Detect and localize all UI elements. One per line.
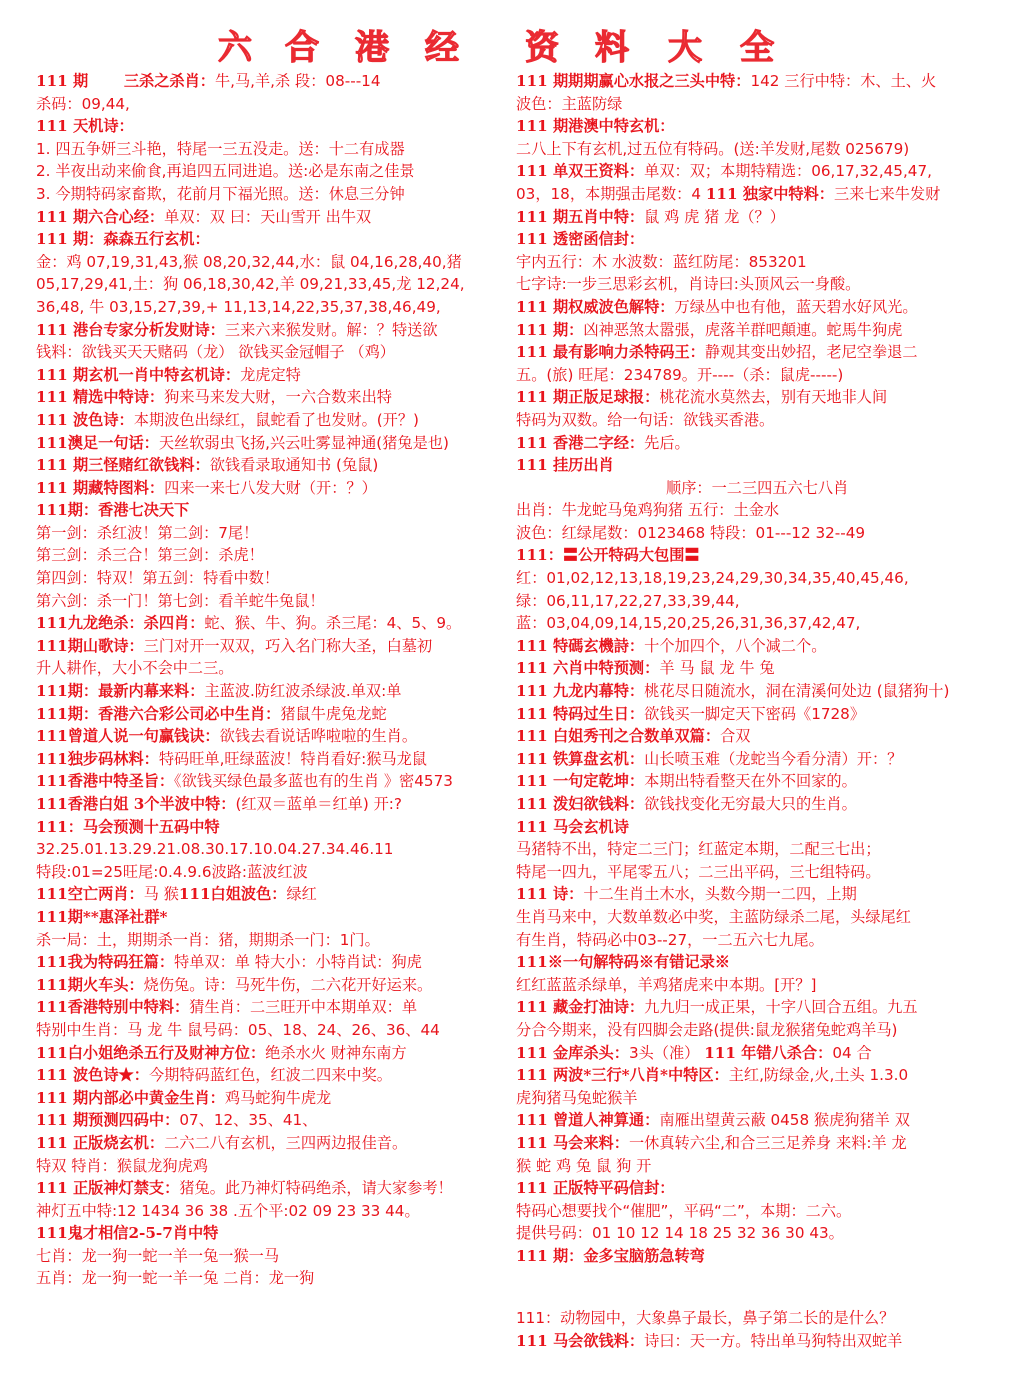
text-line: 111我为特码狂篇：特单双：单 特大小：小特肖试：狗虎 (36, 951, 511, 974)
text-line: 111 马会玄机诗 (516, 816, 1006, 839)
line-content: 特双 特肖：猴鼠龙狗虎鸡 (36, 1157, 208, 1175)
line-heading: 111 特码过生日： (516, 705, 644, 723)
line-heading: 111香港中特圣旨： (36, 772, 174, 790)
text-line: 绿：06,11,17,22,27,33,39,44, (516, 590, 1006, 613)
line-content: 虎狗猪马兔蛇猴羊 (516, 1089, 638, 1107)
left-column: 111 期 三杀之杀肖：牛,马,羊,杀 段：08---14杀码：09,44,11… (36, 70, 511, 1290)
text-line: 特尾一四九，平尾零五八；二三出平码，三七组特码。 (516, 861, 1006, 884)
line-content: 桃花流水莫然去，别有天地非人间 (659, 388, 887, 406)
line-content: 欲钱看录取通知书 (兔鼠) (210, 456, 379, 474)
title-char: 全 (740, 28, 774, 68)
text-line: 五。(旅) 旺尾：234789。开----（杀：鼠虎-----) (516, 364, 1006, 387)
text-line: 111曾道人说一句赢钱诀：欲钱去看说话哗啦啦的生肖。 (36, 725, 511, 748)
text-line: 111鬼才相信2-5-7肖中特 (36, 1222, 511, 1245)
line-content: 欲钱去看说话哗啦啦的生肖。 (220, 727, 417, 745)
line-content: 天丝软弱虫飞扬,兴云吐雾显神通(猪兔是也) (159, 434, 449, 452)
line-content: 03，18，本期强击尾数：4 (516, 185, 706, 203)
text-line: 第四剑：特双！第五剑：特看中数！ (36, 567, 511, 590)
line-content: 龙虎定特 (240, 366, 301, 384)
text-line: 111 正版特平码信封： (516, 1177, 1006, 1200)
line-heading: 111鬼才相信2-5-7肖中特 (36, 1224, 218, 1242)
line-heading: 111 曾道人神算通： (516, 1111, 659, 1129)
line-content: 牛,马,羊,杀 段：08---14 (215, 72, 381, 90)
line-heading: 111 泼妇欲钱料： (516, 795, 644, 813)
text-line: 杀一局：土，期期杀一肖：猪，期期杀一门：1门。 (36, 929, 511, 952)
line-heading: 111 马会来料： (516, 1134, 629, 1152)
text-line: 111 正版烧玄机：二六二八有玄机，三四两边报佳音。 (36, 1132, 511, 1155)
text-line: 111 正版神灯禁支：猪兔。此乃神灯特码绝杀，请大家参考！ (36, 1177, 511, 1200)
line-heading: 111 六肖中特预测： (516, 659, 659, 677)
line-content: 特单双：单 特大小：小特肖试：狗虎 (174, 953, 422, 971)
line-content: 蓝：03,04,09,14,15,20,25,26,31,36,37,42,47… (516, 614, 860, 632)
right-column: 111 期期期赢心水报之三头中特：142 三行中特：木、土、火波色：主蓝防绿11… (516, 70, 1006, 1353)
line-content: 主红,防绿金,火,土头 1.3.0 (729, 1066, 908, 1084)
text-line: 111 期：森森五行玄机： (36, 228, 511, 251)
line-content: 鼠 鸡 虎 猪 龙（？） (644, 208, 785, 226)
line-content: 二六二八有玄机，三四两边报佳音。 (164, 1134, 407, 1152)
line-content: 红红蓝蓝杀绿单，羊鸡猪虎来中本期。[开？] (516, 976, 816, 994)
line-heading: 111 金库杀头： (516, 1044, 629, 1062)
line-content: 波色：红绿尾数：0123468 特段：01---12 32--49 (516, 524, 865, 542)
line-content: 三来七来牛发财 (834, 185, 940, 203)
line-content: 特码为双数。给一句话：欲钱买香港。 (516, 411, 774, 429)
line-content: 五。(旅) 旺尾：234789。开----（杀：鼠虎-----) (516, 366, 843, 384)
line-heading: 111 期预测四码中： (36, 1111, 179, 1129)
text-line: 111期：最新内幕来料：主蓝波.防红波杀绿波.单双:单 (36, 680, 511, 703)
line-heading: 111 期五肖中特： (516, 208, 644, 226)
text-line: 五肖：龙一狗一蛇一羊一兔 二肖：龙一狗 (36, 1267, 511, 1290)
line-content: 05,17,29,41,土：狗 06,18,30,42,羊 09,21,33,4… (36, 275, 465, 293)
line-content: 蛇、猴、牛、狗。杀三尾：4、5、9。 (204, 614, 461, 632)
line-content: 今期特码蓝红色，红波二四来中奖。 (149, 1066, 392, 1084)
text-line: 111 马会欲钱料：诗曰：天一方。特出单马狗特出双蛇羊 (516, 1330, 1006, 1353)
line-heading: 111期火车头： (36, 976, 144, 994)
line-heading: 111空亡两肖： (36, 885, 144, 903)
line-heading: 111 透密函信封： (516, 230, 644, 248)
line-content: 有生肖，特码必中03--27，一二五六七九尾。 (516, 931, 824, 949)
line-content: 第四剑：特双！第五剑：特看中数！ (36, 569, 279, 587)
line-content: 三来六来猴发财。解：？特送欲 (225, 321, 438, 339)
text-line: 111 期三怪赌红欲钱料：欲钱看录取通知书 (兔鼠) (36, 454, 511, 477)
text-line: 111期山歌诗：三门对开一双双，巧入名门称大圣，白墓初 (36, 635, 511, 658)
line-content: 欲钱找变化无穷最大只的生肖。 (644, 795, 857, 813)
text-line: 111 六肖中特预测：羊 马 鼠 龙 牛 兔 (516, 657, 1006, 680)
line-heading: 111期：香港七决天下 (36, 501, 189, 519)
text-line: 3. 今期特码家畜欺，花前月下福光照。送：休息三分钟 (36, 183, 511, 206)
line-content: 宇内五行：木 水波数：蓝红防尾：853201 (516, 253, 807, 271)
text-line: 钱料：欲钱买天天赌码（龙） 欲钱买金冠帽子 （鸡） (36, 341, 511, 364)
text-line: 111：马会预测十五码中特 (36, 816, 511, 839)
page-title: 六 合 港 经 资 料 大 全 (0, 28, 1020, 68)
line-heading: 111九龙绝杀：杀四肖： (36, 614, 204, 632)
text-line: 111：动物园中，大象鼻子最长，鼻子第二长的是什么？ (516, 1307, 1006, 1330)
text-line: 宇内五行：木 水波数：蓝红防尾：853201 (516, 251, 1006, 274)
line-content: 桃花尽日随流水，洞在清溪何处边 (鼠猪狗十) (644, 682, 949, 700)
line-heading: 111 藏金打油诗： (516, 998, 644, 1016)
text-line: 111 九龙内幕特：桃花尽日随流水，洞在清溪何处边 (鼠猪狗十) (516, 680, 1006, 703)
text-line: 出肖：牛龙蛇马兔鸡狗猪 五行：土金水 (516, 499, 1006, 522)
line-content: 鸡马蛇狗牛虎龙 (225, 1089, 331, 1107)
line-heading: 111 两波*三行*八肖*中特区： (516, 1066, 729, 1084)
line-content: 马 猴 (144, 885, 179, 903)
text-line: 111 期玄机一肖中特玄机诗：龙虎定特 (36, 364, 511, 387)
line-content: 七肖：龙一狗一蛇一羊一兔一猴一马 (36, 1247, 279, 1265)
text-line: 111期火车头：烧伤兔。诗：马死牛伤，二六花开好运来。 (36, 974, 511, 997)
text-line: 分合今期来，没有四脚会走路(提供:鼠龙猴猪兔蛇鸡羊马) (516, 1019, 1006, 1042)
text-line: 虎狗猪马兔蛇猴羊 (516, 1087, 1006, 1110)
line-content: 单双：双；本期特精选：06,17,32,45,47, (644, 162, 932, 180)
line-content: 马猪特不出，特定二三门；红蓝定本期，二配三七出； (516, 840, 881, 858)
line-content: 04 合 (832, 1044, 871, 1062)
line-content: 合双 (720, 727, 750, 745)
text-line: 杀码：09,44, (36, 93, 511, 116)
line-content: 特尾一四九，平尾零五八；二三出平码，三七组特码。 (516, 863, 881, 881)
text-line: 111期：香港六合彩公司必中生肖：猪鼠牛虎兔龙蛇 (36, 703, 511, 726)
text-line: 111 最有影响力杀特码王：静观其变出妙招，老尼空拳退二 (516, 341, 1006, 364)
title-char: 大 (668, 28, 702, 68)
text-line: 111 精选中特诗：狗来马来发大财，一六合数来出特 (36, 386, 511, 409)
text-line: 111※一句解特码※有错记录※ (516, 951, 1006, 974)
line-heading: 111期：香港六合彩公司必中生肖： (36, 705, 280, 723)
line-content: 先后。 (644, 434, 690, 452)
line-content: 特别中生肖：马 龙 牛 鼠号码：05、18、24、26、36、44 (36, 1021, 440, 1039)
text-line: 03，18，本期强击尾数：4 111 独家中特料：三来七来牛发财 (516, 183, 1006, 206)
text-line: 111 铁算盘玄机：山长喷玉难（龙蛇当今看分清）开：？ (516, 748, 1006, 771)
text-line: 第一剑：杀红波！第二剑：7尾！ (36, 522, 511, 545)
line-heading: 111 期港澳中特玄机： (516, 117, 675, 135)
text-line: 有生肖，特码必中03--27，一二五六七九尾。 (516, 929, 1006, 952)
line-content: 本期出特看整天在外不回家的。 (644, 772, 857, 790)
text-line: 111 诗：十二生肖土木水，头数今期一二四，上期 (516, 883, 1006, 906)
line-content: 一休真转六尘,和合三三足养身 来料:羊 龙 (629, 1134, 907, 1152)
spacer (516, 1267, 1006, 1307)
text-line: 111 马会来料：一休真转六尘,和合三三足养身 来料:羊 龙 (516, 1132, 1006, 1155)
line-heading: 111 期正版足球报： (516, 388, 659, 406)
line-content: 提供号码：01 10 12 14 18 25 32 36 30 43。 (516, 1224, 844, 1242)
line-content: 第一剑：杀红波！第二剑：7尾！ (36, 524, 258, 542)
text-line: 111 特碼玄機詩：十个加四个，八个减二个。 (516, 635, 1006, 658)
line-content: 四来一来七八发大财（开：？） (164, 479, 377, 497)
line-heading: 111 期：金多宝脑筋急转弯 (516, 1247, 705, 1265)
line-heading: 111 期 三杀之杀肖： (36, 72, 215, 90)
text-line: 111 波色诗★：今期特码蓝红色，红波二四来中奖。 (36, 1064, 511, 1087)
title-char: 港 (355, 28, 389, 68)
title-char: 料 (595, 28, 629, 68)
line-content: 生肖马来中，大数单数必中奖，主蓝防绿杀二尾，头绿尾红 (516, 908, 911, 926)
line-content: 杀一局：土，期期杀一肖：猪，期期杀一门：1门。 (36, 931, 380, 949)
line-heading: 111 年错八杀合： (704, 1044, 832, 1062)
line-content: 《欲钱买绿色最多蓝也有的生肖 》密4573 (174, 772, 453, 790)
line-heading: 111 香港二字经： (516, 434, 644, 452)
text-line: 顺序：一二三四五六七八肖 (516, 477, 1006, 500)
line-content: 五肖：龙一狗一蛇一羊一兔 二肖：龙一狗 (36, 1269, 314, 1287)
line-content: 出肖：牛龙蛇马兔鸡狗猪 五行：土金水 (516, 501, 779, 519)
text-line: 第六剑：杀一门！第七剑：看羊蛇牛兔鼠！ (36, 590, 511, 613)
line-content: 波色：主蓝防绿 (516, 95, 622, 113)
line-content: 烧伤兔。诗：马死牛伤，二六花开好运来。 (144, 976, 433, 994)
title-char: 合 (285, 28, 319, 68)
line-content: 绿：06,11,17,22,27,33,39,44, (516, 592, 740, 610)
text-line: 111 金库杀头：3头（准） 111 年错八杀合：04 合 (516, 1042, 1006, 1065)
text-line: 111香港中特圣旨：《欲钱买绿色最多蓝也有的生肖 》密4573 (36, 770, 511, 793)
line-heading: 111 正版特平码信封： (516, 1179, 675, 1197)
line-content: 1. 四五争妍三斗艳，特尾一三五没走。送：十二有成器 (36, 140, 405, 158)
text-line: 七字诗:一步三思彩玄机，肖诗曰:头顶风云一身酸。 (516, 273, 1006, 296)
text-line: 111空亡两肖：马 猴111白姐波色：绿红 (36, 883, 511, 906)
line-content: 单双：双 曰：天山雪开 出牛双 (164, 208, 371, 226)
text-line: 波色：红绿尾数：0123468 特段：01---12 32--49 (516, 522, 1006, 545)
text-line: 第三剑：杀三合！第三剑：杀虎！ (36, 544, 511, 567)
line-content: 绿红 (286, 885, 316, 903)
text-line: 111 两波*三行*八肖*中特区：主红,防绿金,火,土头 1.3.0 (516, 1064, 1006, 1087)
line-heading: 111 正版烧玄机： (36, 1134, 164, 1152)
line-content: 静观其变出妙招，老尼空拳退二 (705, 343, 918, 361)
line-content: 猪鼠牛虎兔龙蛇 (280, 705, 386, 723)
line-content: 3头（准） (629, 1044, 704, 1062)
line-heading: 111 期三怪赌红欲钱料： (36, 456, 210, 474)
line-content: 第三剑：杀三合！第三剑：杀虎！ (36, 546, 264, 564)
text-line: 二八上下有玄机,过五位有特码。(送:羊发财,尾数 025679) (516, 138, 1006, 161)
text-line: 111 期预测四码中：07、12、35、41、 (36, 1109, 511, 1132)
title-char: 资 (525, 28, 559, 68)
text-line: 特码为双数。给一句话：欲钱买香港。 (516, 409, 1006, 432)
title-char: 经 (425, 28, 459, 68)
line-content: 神灯五中特:12 1434 36 38 .五个平:02 09 23 33 44。 (36, 1202, 420, 1220)
line-content: 羊 马 鼠 龙 牛 兔 (659, 659, 774, 677)
text-line: 特码心想要找个“催肥”，平码“二”，本期：二六。 (516, 1200, 1006, 1223)
line-heading: 111 期权威波色解特： (516, 298, 675, 316)
text-line: 马猪特不出，特定二三门；红蓝定本期，二配三七出； (516, 838, 1006, 861)
line-content: 特码心想要找个“催肥”，平码“二”，本期：二六。 (516, 1202, 851, 1220)
text-line: 111 港台专家分析发财诗：三来六来猴发财。解：？特送欲 (36, 319, 511, 342)
text-line: 111香港白姐 3个半波中特：(红双＝蓝单＝红单) 开:? (36, 793, 511, 816)
line-heading: 111 期： (516, 321, 583, 339)
line-heading: 111香港白姐 3个半波中特： (36, 795, 235, 813)
line-heading: 111 特碼玄機詩： (516, 637, 644, 655)
text-line: 111 期六合心经：单双：双 曰：天山雪开 出牛双 (36, 206, 511, 229)
line-content: 三门对开一双双，巧入名门称大圣，白墓初 (144, 637, 433, 655)
text-line: 特段:01=25旺尾:0.4.9.6波路:蓝波红波 (36, 861, 511, 884)
text-line: 111 期五肖中特：鼠 鸡 虎 猪 龙（？） (516, 206, 1006, 229)
text-line: 2. 半夜出动来偷食,再追四五同进追。送:必是东南之佳景 (36, 160, 511, 183)
line-content: 钱料：欲钱买天天赌码（龙） 欲钱买金冠帽子 （鸡） (36, 343, 395, 361)
line-content: 凶神恶煞太嚣張，虎落羊群吧顛連。蛇馬牛狗虎 (583, 321, 902, 339)
text-line: 111：〓公开特码大包围〓 (516, 544, 1006, 567)
text-line: 36,48, 牛 03,15,27,39,+ 11,13,14,22,35,37… (36, 296, 511, 319)
text-line: 提供号码：01 10 12 14 18 25 32 36 30 43。 (516, 1222, 1006, 1245)
line-heading: 111香港特别中特料： (36, 998, 189, 1016)
text-line: 05,17,29,41,土：狗 06,18,30,42,羊 09,21,33,4… (36, 273, 511, 296)
text-line: 111 特码过生日：欲钱买一脚定天下密码《1728》 (516, 703, 1006, 726)
line-content: 二八上下有玄机,过五位有特码。(送:羊发财,尾数 025679) (516, 140, 909, 158)
text-line: 111九龙绝杀：杀四肖：蛇、猴、牛、狗。杀三尾：4、5、9。 (36, 612, 511, 635)
text-line: 111 期港澳中特玄机： (516, 115, 1006, 138)
text-line: 升人耕作，大小不会中二三。 (36, 657, 511, 680)
line-heading: 111：〓公开特码大包围〓 (516, 546, 700, 564)
line-heading: 111 独家中特料： (706, 185, 834, 203)
text-line: 111 期正版足球报：桃花流水莫然去，别有天地非人间 (516, 386, 1006, 409)
text-line: 1. 四五争妍三斗艳，特尾一三五没走。送：十二有成器 (36, 138, 511, 161)
line-content: 顺序：一二三四五六七八肖 (666, 479, 848, 497)
line-content: 特段:01=25旺尾:0.4.9.6波路:蓝波红波 (36, 863, 308, 881)
line-heading: 111 诗： (516, 885, 583, 903)
text-line: 111 波色诗：本期波色出绿红，鼠蛇看了也发财。(开？) (36, 409, 511, 432)
text-line: 111独步码林料：特码旺单,旺绿蓝波！特肖看好:猴马龙鼠 (36, 748, 511, 771)
line-content: 狗来马来发大财，一六合数来出特 (164, 388, 392, 406)
text-line: 神灯五中特:12 1434 36 38 .五个平:02 09 23 33 44。 (36, 1200, 511, 1223)
line-heading: 111 九龙内幕特： (516, 682, 644, 700)
line-content: 南雁出望黄云蔽 0458 猴虎狗猪羊 双 (659, 1111, 910, 1129)
text-line: 111 挂历出肖 (516, 454, 1006, 477)
line-content: 本期波色出绿红，鼠蛇看了也发财。(开？) (134, 411, 419, 429)
line-content: 山长喷玉难（龙蛇当今看分清）开：？ (644, 750, 902, 768)
line-heading: 111白姐波色： (179, 885, 287, 903)
line-content: 111：动物园中，大象鼻子最长，鼻子第二长的是什么？ (516, 1309, 894, 1327)
line-heading: 111 马会玄机诗 (516, 818, 629, 836)
text-line: 111 期：金多宝脑筋急转弯 (516, 1245, 1006, 1268)
text-line: 生肖马来中，大数单数必中奖，主蓝防绿杀二尾，头绿尾红 (516, 906, 1006, 929)
text-line: 111澳足一句话：天丝软弱虫飞扬,兴云吐雾显神通(猪兔是也) (36, 432, 511, 455)
line-content: 3. 今期特码家畜欺，花前月下福光照。送：休息三分钟 (36, 185, 405, 203)
line-content: 07、12、35、41、 (179, 1111, 317, 1129)
text-line: 特双 特肖：猴鼠龙狗虎鸡 (36, 1155, 511, 1178)
line-content: 万绿丛中也有他，蓝天碧水好风光。 (675, 298, 918, 316)
line-content: 特码旺单,旺绿蓝波！特肖看好:猴马龙鼠 (159, 750, 427, 768)
line-content: 主蓝波.防红波杀绿波.单双:单 (204, 682, 401, 700)
text-line: 111 期：凶神恶煞太嚣張，虎落羊群吧顛連。蛇馬牛狗虎 (516, 319, 1006, 342)
line-heading: 111 单双王资料： (516, 162, 644, 180)
line-heading: 111：马会预测十五码中特 (36, 818, 220, 836)
line-heading: 111 期期期赢心水报之三头中特： (516, 72, 750, 90)
line-heading: 111我为特码狂篇： (36, 953, 174, 971)
line-heading: 111 期六合心经： (36, 208, 164, 226)
line-heading: 111澳足一句话： (36, 434, 159, 452)
line-content: 142 三行中特：木、土、火 (750, 72, 936, 90)
line-content: 金：鸡 07,19,31,43,猴 08,20,32,44,水：鼠 04,16,… (36, 253, 462, 271)
line-heading: 111 天机诗： (36, 117, 134, 135)
line-heading: 111 白姐秀刊之合数单双篇： (516, 727, 720, 745)
text-line: 111期：香港七决天下 (36, 499, 511, 522)
line-content: 杀码：09,44, (36, 95, 130, 113)
line-content: 绝杀水火 财神东南方 (265, 1044, 407, 1062)
line-content: 36,48, 牛 03,15,27,39,+ 11,13,14,22,35,37… (36, 298, 441, 316)
line-heading: 111期：最新内幕来料： (36, 682, 204, 700)
line-content: 九九归一成正果，十字八回合五组。九五 (644, 998, 917, 1016)
text-line: 111香港特别中特料：猜生肖：二三旺开中本期单双：单 (36, 996, 511, 1019)
text-line: 111 藏金打油诗：九九归一成正果，十字八回合五组。九五 (516, 996, 1006, 1019)
line-content: 十二生肖土木水，头数今期一二四，上期 (583, 885, 856, 903)
line-content: 第六剑：杀一门！第七剑：看羊蛇牛兔鼠！ (36, 592, 325, 610)
text-line: 猴 蛇 鸡 兔 鼠 狗 开 (516, 1155, 1006, 1178)
line-content: (红双＝蓝单＝红单) 开:? (235, 795, 402, 813)
line-heading: 111 期藏特图料： (36, 479, 164, 497)
line-content: 猜生肖：二三旺开中本期单双：单 (189, 998, 417, 1016)
line-heading: 111 精选中特诗： (36, 388, 164, 406)
line-heading: 111 港台专家分析发财诗： (36, 321, 225, 339)
text-line: 波色：主蓝防绿 (516, 93, 1006, 116)
text-line: 金：鸡 07,19,31,43,猴 08,20,32,44,水：鼠 04,16,… (36, 251, 511, 274)
line-heading: 111※一句解特码※有错记录※ (516, 953, 730, 971)
line-heading: 111 铁算盘玄机： (516, 750, 644, 768)
line-content: 七字诗:一步三思彩玄机，肖诗曰:头顶风云一身酸。 (516, 275, 860, 293)
text-line: 111 期 三杀之杀肖：牛,马,羊,杀 段：08---14 (36, 70, 511, 93)
line-heading: 111期山歌诗： (36, 637, 144, 655)
text-line: 红红蓝蓝杀绿单，羊鸡猪虎来中本期。[开？] (516, 974, 1006, 997)
line-content: 分合今期来，没有四脚会走路(提供:鼠龙猴猪兔蛇鸡羊马) (516, 1021, 897, 1039)
line-heading: 111 一句定乾坤： (516, 772, 644, 790)
line-heading: 111 波色诗： (36, 411, 134, 429)
text-line: 111 白姐秀刊之合数单双篇：合双 (516, 725, 1006, 748)
text-line: 特别中生肖：马 龙 牛 鼠号码：05、18、24、26、36、44 (36, 1019, 511, 1042)
text-line: 111 单双王资料：单双：双；本期特精选：06,17,32,45,47, (516, 160, 1006, 183)
text-line: 七肖：龙一狗一蛇一羊一兔一猴一马 (36, 1245, 511, 1268)
line-content: 诗曰：天一方。特出单马狗特出双蛇羊 (644, 1332, 902, 1350)
text-line: 111期**惠泽社群* (36, 906, 511, 929)
line-heading: 111 正版神灯禁支： (36, 1179, 179, 1197)
line-heading: 111曾道人说一句赢钱诀： (36, 727, 220, 745)
text-line: 111 天机诗： (36, 115, 511, 138)
text-line: 红：01,02,12,13,18,19,23,24,29,30,34,35,40… (516, 567, 1006, 590)
line-heading: 111 期：森森五行玄机： (36, 230, 210, 248)
text-line: 111 期期期赢心水报之三头中特：142 三行中特：木、土、火 (516, 70, 1006, 93)
text-line: 111 一句定乾坤：本期出特看整天在外不回家的。 (516, 770, 1006, 793)
line-heading: 111 期玄机一肖中特玄机诗： (36, 366, 240, 384)
text-line: 蓝：03,04,09,14,15,20,25,26,31,36,37,42,47… (516, 612, 1006, 635)
line-heading: 111独步码林料： (36, 750, 159, 768)
line-content: 升人耕作，大小不会中二三。 (36, 659, 233, 677)
line-heading: 111 马会欲钱料： (516, 1332, 644, 1350)
text-line: 111 香港二字经：先后。 (516, 432, 1006, 455)
line-content: 猴 蛇 鸡 兔 鼠 狗 开 (516, 1157, 651, 1175)
text-line: 111 期权威波色解特：万绿丛中也有他，蓝天碧水好风光。 (516, 296, 1006, 319)
text-line: 111 透密函信封： (516, 228, 1006, 251)
line-heading: 111 波色诗★： (36, 1066, 149, 1084)
line-content: 32.25.01.13.29.21.08.30.17.10.04.27.34.4… (36, 840, 393, 858)
text-line: 111 泼妇欲钱料：欲钱找变化无穷最大只的生肖。 (516, 793, 1006, 816)
line-heading: 111白小姐绝杀五行及财神方位： (36, 1044, 265, 1062)
line-content: 十个加四个，八个减二个。 (644, 637, 826, 655)
text-line: 32.25.01.13.29.21.08.30.17.10.04.27.34.4… (36, 838, 511, 861)
line-heading: 111 最有影响力杀特码王： (516, 343, 705, 361)
line-content: 2. 半夜出动来偷食,再追四五同进追。送:必是东南之佳景 (36, 162, 415, 180)
title-char: 六 (218, 28, 252, 68)
text-line: 111 曾道人神算通：南雁出望黄云蔽 0458 猴虎狗猪羊 双 (516, 1109, 1006, 1132)
line-heading: 111期**惠泽社群* (36, 908, 167, 926)
line-heading: 111 挂历出肖 (516, 456, 614, 474)
text-line: 111白小姐绝杀五行及财神方位：绝杀水火 财神东南方 (36, 1042, 511, 1065)
line-content: 欲钱买一脚定天下密码《1728》 (644, 705, 865, 723)
line-content: 红：01,02,12,13,18,19,23,24,29,30,34,35,40… (516, 569, 909, 587)
line-heading: 111 期内部必中黄金生肖： (36, 1089, 225, 1107)
text-line: 111 期藏特图料：四来一来七八发大财（开：？） (36, 477, 511, 500)
text-line: 111 期内部必中黄金生肖：鸡马蛇狗牛虎龙 (36, 1087, 511, 1110)
line-content: 猪兔。此乃神灯特码绝杀，请大家参考！ (179, 1179, 452, 1197)
